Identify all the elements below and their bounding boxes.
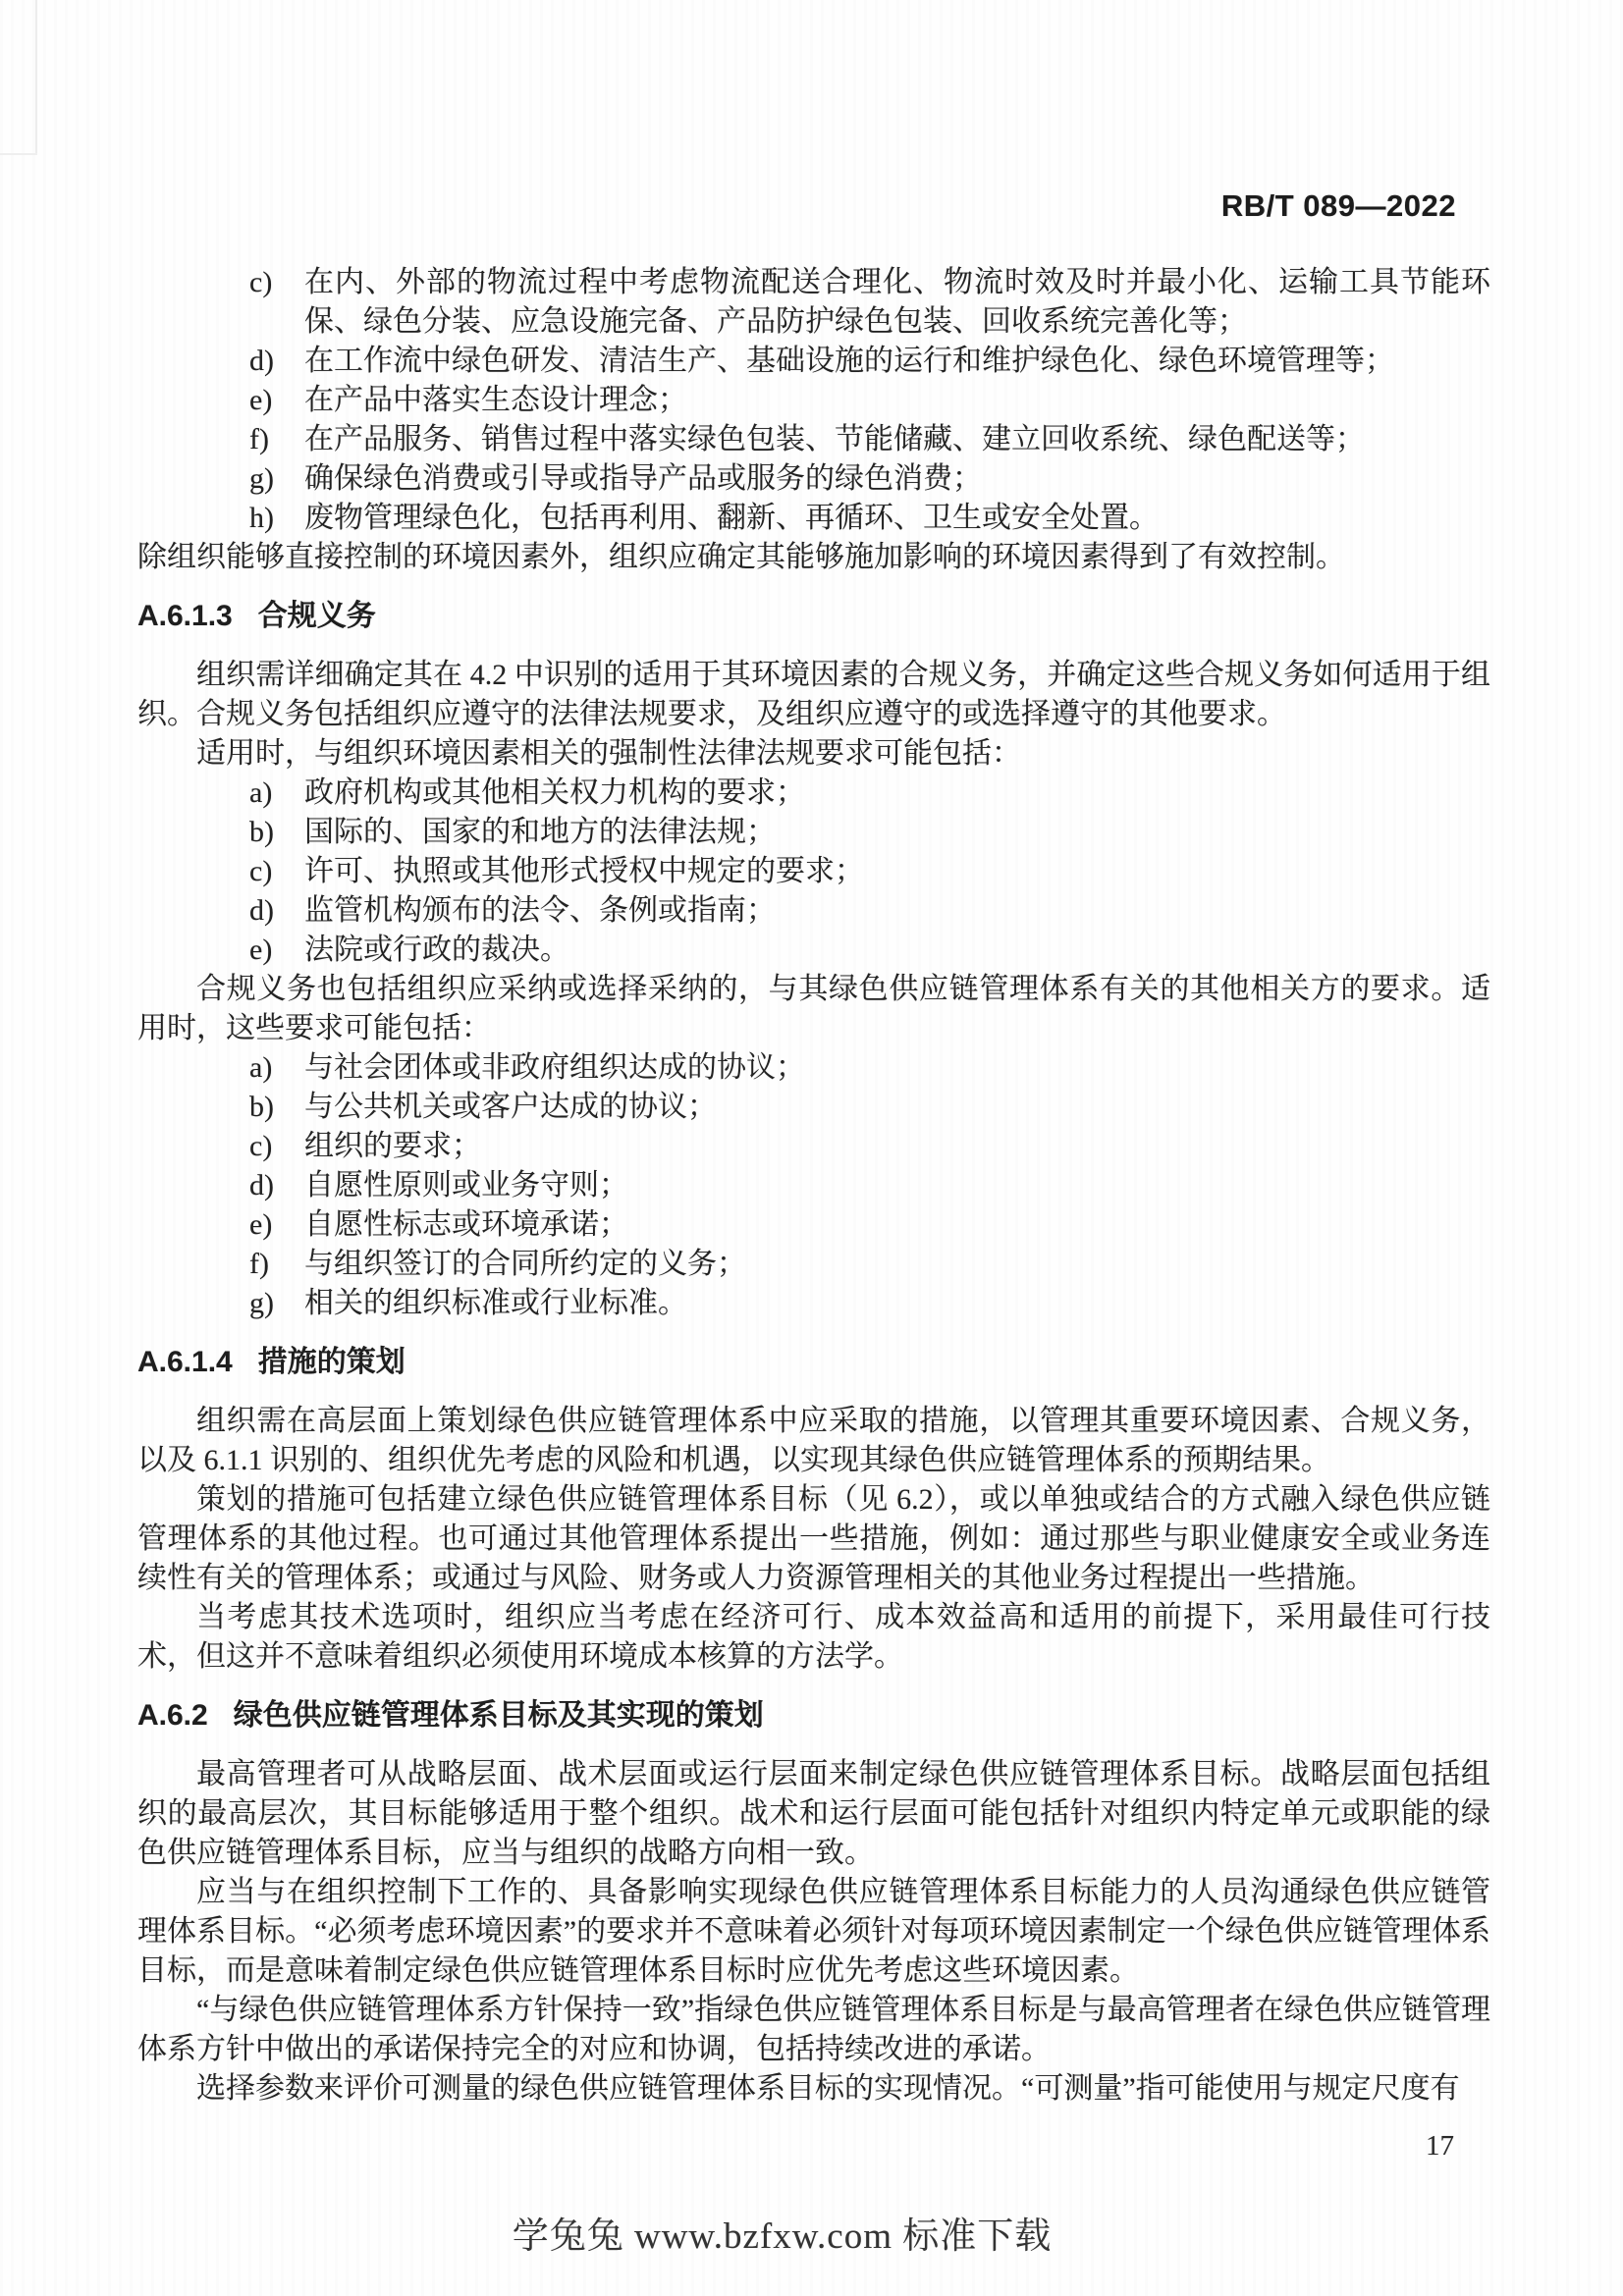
list-item-text: 法院或行政的裁决。 <box>304 934 569 966</box>
list-item-text: 在内、外部的物流过程中考虑物流配送合理化、物流时效及时并最小化、运输工具节能环保… <box>304 266 1490 338</box>
list-item-label: a) <box>249 774 272 813</box>
list-item: e) 法院或行政的裁决。 <box>137 931 1490 970</box>
list-item-text: 自愿性原则或业务守则； <box>304 1169 628 1201</box>
list-item-label: b) <box>249 1088 274 1127</box>
list-item-label: e) <box>249 1205 272 1245</box>
list-item-text: 在工作流中绿色研发、清洁生产、基础设施的运行和维护绿色化、绿色环境管理等； <box>304 345 1394 377</box>
list-item-label: c) <box>249 1127 272 1166</box>
list-item-text: 监管机构颁布的法令、条例或指南； <box>304 894 776 927</box>
list-item-label: e) <box>249 381 272 420</box>
doc-code-header: RB/T 089—2022 <box>1221 188 1456 224</box>
list-item-label: d) <box>249 891 274 931</box>
scan-edge-artifact <box>35 0 37 155</box>
list-item-label: d) <box>249 342 274 381</box>
list-item-text: 国际的、国家的和地方的法律法规； <box>304 816 776 848</box>
section-title: 合规义务 <box>258 600 376 632</box>
page-content: c) 在内、外部的物流过程中考虑物流配送合理化、物流时效及时并最小化、运输工具节… <box>137 263 1490 2109</box>
list-item-text: 在产品中落实生态设计理念； <box>304 384 687 416</box>
list-item: d) 监管机构颁布的法令、条例或指南； <box>137 891 1490 931</box>
list-item-label: d) <box>249 1166 274 1205</box>
paragraph: 最高管理者可从战略层面、战术层面或运行层面来制定绿色供应链管理体系目标。战略层面… <box>137 1755 1490 1873</box>
list-item-text: 废物管理绿色化，包括再利用、翻新、再循环、卫生或安全处置。 <box>304 502 1159 534</box>
list-item: c) 组织的要求； <box>137 1127 1490 1166</box>
list-item-label: h) <box>249 499 274 538</box>
section-title: 措施的策划 <box>258 1346 406 1378</box>
section-number: A.6.1.3 <box>137 600 233 632</box>
list-item-label: g) <box>249 459 274 499</box>
list-item-label: c) <box>249 263 272 302</box>
list-item: d) 在工作流中绿色研发、清洁生产、基础设施的运行和维护绿色化、绿色环境管理等； <box>137 342 1490 381</box>
list-item: b) 与公共机关或客户达成的协议； <box>137 1088 1490 1127</box>
paragraph: 当考虑其技术选项时，组织应当考虑在经济可行、成本效益高和适用的前提下，采用最佳可… <box>137 1598 1490 1677</box>
list-item: a) 政府机构或其他相关权力机构的要求； <box>137 774 1490 813</box>
section-title: 绿色供应链管理体系目标及其实现的策划 <box>234 1699 764 1732</box>
paragraph: “与绿色供应链管理体系方针保持一致”指绿色供应链管理体系目标是与最高管理者在绿色… <box>137 1991 1490 2069</box>
paragraph: 策划的措施可包括建立绿色供应链管理体系目标（见 6.2），或以单独或结合的方式融… <box>137 1480 1490 1598</box>
paragraph: 合规义务也包括组织应采纳或选择采纳的，与其绿色供应链管理体系有关的其他相关方的要… <box>137 970 1490 1048</box>
list-item: c) 许可、执照或其他形式授权中规定的要求； <box>137 852 1490 891</box>
list-item-label: c) <box>249 852 272 891</box>
list-item: e) 自愿性标志或环境承诺； <box>137 1205 1490 1245</box>
section-heading: A.6.2绿色供应链管理体系目标及其实现的策划 <box>137 1696 1490 1735</box>
list-item-text: 政府机构或其他相关权力机构的要求； <box>304 776 805 809</box>
list-item-text: 在产品服务、销售过程中落实绿色包装、节能储藏、建立回收系统、绿色配送等； <box>304 423 1365 455</box>
list-item: d) 自愿性原则或业务守则； <box>137 1166 1490 1205</box>
list-item-text: 相关的组织标准或行业标准。 <box>304 1287 687 1319</box>
list-item: h) 废物管理绿色化，包括再利用、翻新、再循环、卫生或安全处置。 <box>137 499 1490 538</box>
list-item: b) 国际的、国家的和地方的法律法规； <box>137 813 1490 852</box>
list-item: f) 与组织签订的合同所约定的义务； <box>137 1245 1490 1284</box>
section-heading: A.6.1.3合规义务 <box>137 597 1490 636</box>
list-item-text: 确保绿色消费或引导或指导产品或服务的绿色消费； <box>304 462 982 495</box>
list-item-text: 组织的要求； <box>304 1130 481 1162</box>
list-item-label: a) <box>249 1048 272 1088</box>
paragraph: 适用时，与组织环境因素相关的强制性法律法规要求可能包括： <box>137 734 1490 774</box>
list-item: g) 确保绿色消费或引导或指导产品或服务的绿色消费； <box>137 459 1490 499</box>
list-item: a) 与社会团体或非政府组织达成的协议； <box>137 1048 1490 1088</box>
list-item-label: b) <box>249 813 274 852</box>
document-page: RB/T 089—2022 c) 在内、外部的物流过程中考虑物流配送合理化、物流… <box>0 0 1623 2296</box>
paragraph: 选择参数来评价可测量的绿色供应链管理体系目标的实现情况。“可测量”指可能使用与规… <box>137 2069 1490 2109</box>
paragraph: 应当与在组织控制下工作的、具备影响实现绿色供应链管理体系目标能力的人员沟通绿色供… <box>137 1873 1490 1991</box>
paragraph: 组织需在高层面上策划绿色供应链管理体系中应采取的措施，以管理其重要环境因素、合规… <box>137 1402 1490 1480</box>
footer-watermark: 学兔兔 www.bzfxw.com 标准下载 <box>0 2215 1564 2260</box>
section-number: A.6.1.4 <box>137 1346 233 1378</box>
list-item-text: 自愿性标志或环境承诺； <box>304 1208 628 1241</box>
section-number: A.6.2 <box>137 1699 208 1732</box>
list-item-text: 与组织签订的合同所约定的义务； <box>304 1248 746 1280</box>
list-item-label: f) <box>249 420 269 459</box>
list-item-label: g) <box>249 1284 274 1323</box>
list-item: c) 在内、外部的物流过程中考虑物流配送合理化、物流时效及时并最小化、运输工具节… <box>137 263 1490 342</box>
list-item-text: 与社会团体或非政府组织达成的协议； <box>304 1051 805 1084</box>
section-heading: A.6.1.4措施的策划 <box>137 1343 1490 1382</box>
list-item: g) 相关的组织标准或行业标准。 <box>137 1284 1490 1323</box>
paragraph: 组织需详细确定其在 4.2 中识别的适用于其环境因素的合规义务，并确定这些合规义… <box>137 656 1490 734</box>
scan-edge-artifact <box>0 153 37 155</box>
list-item-label: e) <box>249 931 272 970</box>
list-item: e) 在产品中落实生态设计理念； <box>137 381 1490 420</box>
paragraph: 除组织能够直接控制的环境因素外，组织应确定其能够施加影响的环境因素得到了有效控制… <box>137 538 1490 577</box>
list-item-label: f) <box>249 1245 269 1284</box>
list-item: f) 在产品服务、销售过程中落实绿色包装、节能储藏、建立回收系统、绿色配送等； <box>137 420 1490 459</box>
page-number: 17 <box>1426 2126 1454 2165</box>
list-item-text: 与公共机关或客户达成的协议； <box>304 1091 717 1123</box>
list-item-text: 许可、执照或其他形式授权中规定的要求； <box>304 855 864 887</box>
